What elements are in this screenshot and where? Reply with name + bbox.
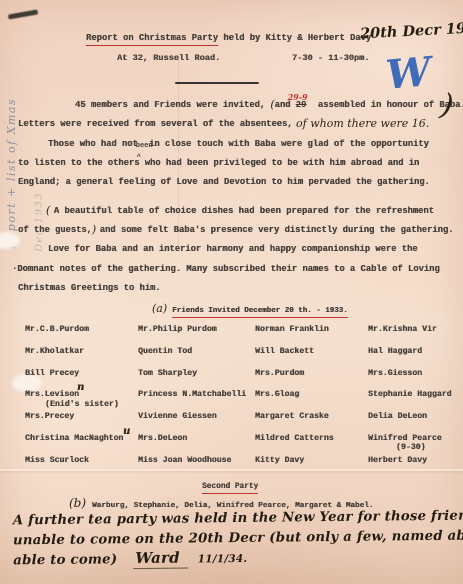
footnote-line: able to come)Ward11/1/34. — [13, 546, 461, 572]
table-row: Christina MacNaghtonuMrs.DeLeonMildred C… — [25, 434, 463, 456]
blue-initial-mark: W — [384, 48, 433, 99]
handwritten-text: of whom there were 16. — [293, 117, 430, 130]
typed-line: of the guests,) and some felt Baba's pre… — [18, 220, 456, 239]
table-row: Mr.C.B.PurdomMr.Philip PurdomNorman Fran… — [25, 325, 463, 347]
time-range: 7-30 - 11-30pm. — [292, 53, 369, 63]
typed-line: ( A beautiful table of choice dishes had… — [46, 201, 456, 220]
friends-heading-text: Friends Invited December 20 th. - 1933. — [172, 307, 348, 318]
second-party-heading-text: Second Party — [202, 483, 258, 494]
handwritten-insert: n — [77, 382, 84, 393]
scanned-report-page: Report + list of Xmas Dec 1933 Report on… — [0, 0, 463, 584]
typed-line: ·Domnant notes of the gathering. Many su… — [12, 259, 456, 278]
typed-text: and some felt Baba's presence very disti… — [100, 225, 454, 235]
typed-text: in close touch with Baba were glad of th… — [144, 139, 429, 149]
guest-name: Mrs.Precey — [25, 412, 138, 434]
divider-rule — [175, 82, 259, 84]
typed-text: Those who had not — [48, 139, 138, 149]
address-line: At 32, Russell Road. — [117, 53, 220, 63]
friends-invited-heading: (a)Friends Invited December 20 th. - 193… — [152, 299, 348, 317]
handwritten-correction: 29-9 — [288, 89, 308, 106]
typed-line: to listen to the others who had been pri… — [18, 153, 456, 172]
guest-name: Princess N.Matchabelli — [138, 390, 255, 412]
guest-name: Kitty Davy — [255, 456, 368, 478]
guest-name: Mrs.Purdom — [255, 369, 368, 391]
typed-line: England; a general feeling of Love and D… — [18, 172, 456, 191]
marker-b: (b) — [69, 496, 86, 510]
guest-name: Stephanie Haggard — [368, 390, 463, 412]
marker-a: (a) — [152, 302, 167, 315]
guest-name: Hal Haggard — [368, 347, 463, 369]
guest-name: Mr.Kholatkar — [25, 347, 138, 369]
handwritten-text: ( — [270, 98, 274, 111]
guest-name: Mildred Catterns — [255, 434, 368, 456]
table-row: Mr.KholatkarQuentin TodWill BackettHal H… — [25, 347, 463, 369]
guest-name: Mr.C.B.Purdom — [25, 325, 138, 347]
guest-name: Mr.Philip Purdom — [138, 325, 255, 347]
guest-name: Quentin Tod — [138, 347, 255, 369]
guest-name: Norman Franklin — [255, 325, 368, 347]
table-row: Mrs.PreceyVivienne GiessenMargaret Crask… — [25, 412, 463, 434]
guest-name-note: (Enid's sister) — [45, 400, 119, 409]
handwritten-footnote: A further tea party was held in the New … — [13, 507, 462, 572]
footnote-date: 11/1/34. — [198, 553, 248, 566]
guest-name: Mrs.Gloag — [255, 390, 368, 412]
typed-text: Letters were received from several of th… — [18, 119, 293, 129]
guest-name: Herbert Davy — [368, 456, 463, 478]
typed-text: A beautiful table of choice dishes had b… — [54, 206, 434, 216]
typed-text: Love for Baba and an interior harmony an… — [48, 244, 418, 254]
title-rest: held by Kitty & Herbert Davy — [218, 33, 371, 43]
friends-invited-table: Mr.C.B.PurdomMr.Philip PurdomNorman Fran… — [25, 325, 463, 478]
typed-text: 45 members and Friends were invited, — [75, 100, 270, 110]
signature: Ward — [133, 549, 188, 570]
guest-name: Mrs.Giesson — [368, 369, 463, 391]
typed-line: Love for Baba and an interior harmony an… — [48, 239, 456, 258]
guest-name: Mr.Krishna Vir — [368, 325, 463, 347]
typed-line: Letters were received from several of th… — [18, 114, 456, 133]
handwritten-text: ) — [92, 223, 100, 236]
guest-name: Miss Scurlock — [25, 456, 138, 478]
guest-name: Margaret Craske — [255, 412, 368, 434]
handwritten-insert: u — [123, 426, 130, 437]
guest-name: Delia DeLeon — [368, 412, 463, 434]
typed-text: Christmas Greetings to him. — [18, 283, 161, 293]
handwritten-date: 20th Decr 1933. — [360, 19, 463, 43]
table-row: Bill PreceyTom SharpleyMrs.PurdomMrs.Gie… — [25, 369, 463, 391]
title-underlined-part: Report on Christmas Party — [86, 33, 218, 46]
typed-line: Those who had notbeen in close touch wit… — [48, 134, 456, 153]
guest-name: Mrs.Levisonn(Enid's sister) — [25, 390, 138, 412]
guest-name: Tom Sharpley — [138, 369, 255, 391]
typed-text: of the guests, — [18, 225, 92, 235]
typed-line: 45 members and Friends were invited, (an… — [75, 95, 456, 114]
handwritten-text: ( — [46, 204, 54, 217]
margin-annotation: Report + list of Xmas — [5, 14, 18, 249]
guest-name: Vivienne Giessen — [138, 412, 255, 434]
guest-name-note: (9-30) — [396, 443, 425, 452]
report-body: 45 members and Friends were invited, (an… — [18, 95, 456, 297]
typed-line: Christmas Greetings to him. — [18, 278, 456, 297]
report-title: Report on Christmas Party held by Kitty … — [86, 33, 371, 43]
typed-text: England; a general feeling of Love and D… — [18, 177, 430, 187]
table-row: Mrs.Levisonn(Enid's sister)Princess N.Ma… — [25, 390, 463, 412]
guest-name: Mrs.DeLeon — [138, 434, 255, 456]
guest-name: Will Backett — [255, 347, 368, 369]
guest-name: Christina MacNaghtonu — [25, 434, 138, 456]
second-party-heading: Second Party — [202, 475, 258, 493]
typed-text: ·Domnant notes of the gathering. Many su… — [12, 264, 440, 274]
typed-text: to listen to the others who had been pri… — [18, 158, 419, 168]
guest-name: Winifred Pearce(9-30) — [368, 434, 463, 456]
